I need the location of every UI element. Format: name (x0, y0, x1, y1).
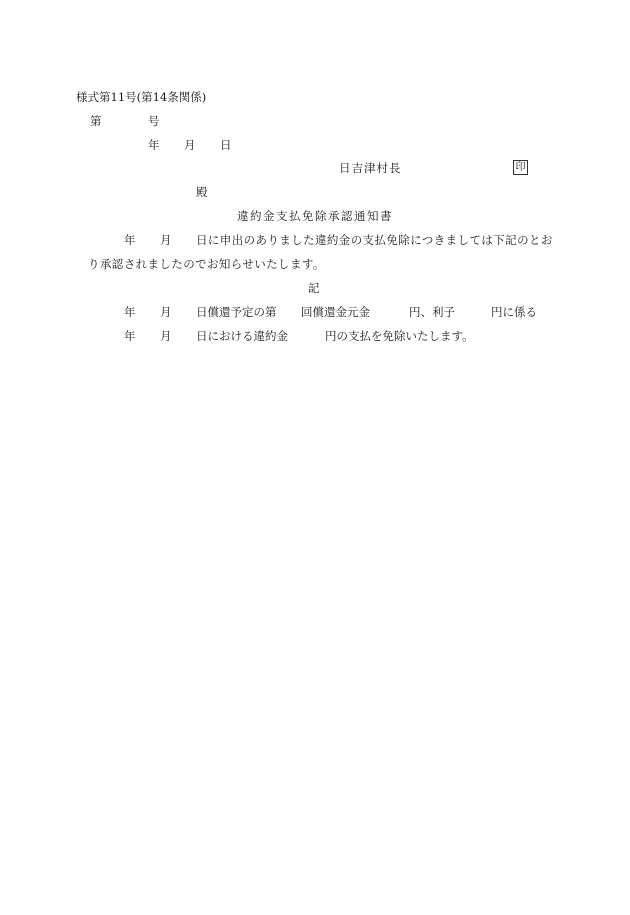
detail1-part3: 円、利子 (409, 305, 455, 319)
detail1-year: 年 (124, 305, 136, 319)
body-line-1: 日に申出のありました違約金の支払免除につきましては下記のとお (196, 233, 553, 247)
detail2-part1: 日における違約金 (196, 329, 288, 343)
body-year: 年 (124, 233, 136, 247)
document-title: 違約金支払免除承認通知書 (237, 209, 393, 223)
body-line-2: り承認されましたのでお知らせいたします。 (88, 257, 325, 271)
ki-heading: 記 (308, 281, 320, 295)
issuer-name: 日吉津村長 (339, 161, 402, 175)
detail2-year: 年 (124, 329, 136, 343)
detail1-part1: 日償還予定の第 (196, 305, 277, 319)
form-label: 様式第11号(第14条関係) (76, 90, 206, 104)
seal-mark: 印 (513, 160, 528, 175)
detail1-part4: 円に係る (491, 305, 537, 319)
date-year: 年 (148, 138, 160, 152)
addressee-honorific: 殿 (196, 185, 208, 199)
detail2-month: 月 (160, 329, 172, 343)
detail2-part2: 円の支払を免除いたします。 (325, 329, 474, 343)
number-prefix: 第 (90, 114, 102, 128)
detail1-part2: 回償還金元金 (301, 305, 370, 319)
number-suffix: 号 (148, 114, 160, 128)
detail1-month: 月 (160, 305, 172, 319)
date-month: 月 (184, 138, 196, 152)
date-day: 日 (220, 138, 232, 152)
body-month: 月 (160, 233, 172, 247)
